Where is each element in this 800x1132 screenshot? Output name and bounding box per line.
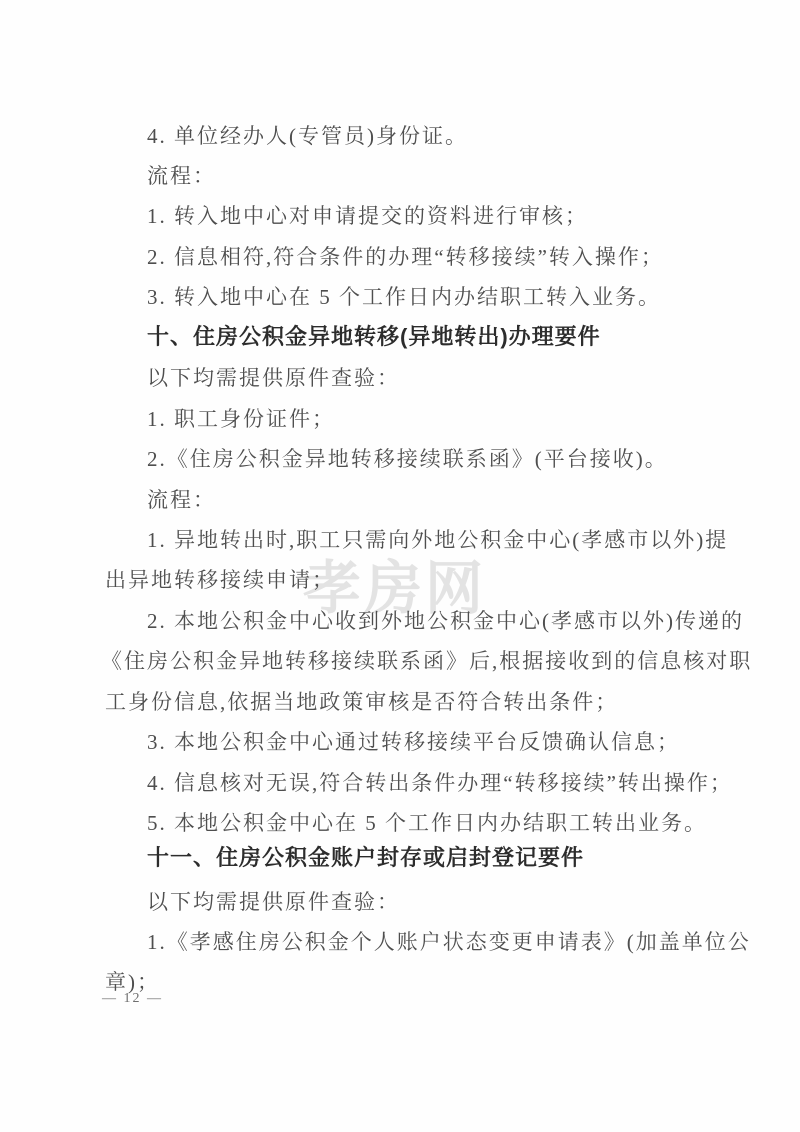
text-line: 2. 信息相符,符合条件的办理“转移接续”转入操作； <box>147 245 664 269</box>
text-line: 以下均需提供原件查验： <box>147 890 400 914</box>
section-heading: 十一、住房公积金账户封存或启封登记要件 <box>147 846 584 870</box>
text-line: 流程： <box>147 164 216 188</box>
text-line: 流程： <box>147 488 216 512</box>
text-line: 4. 单位经办人(专管员)身份证。 <box>147 124 468 148</box>
section-heading: 十、住房公积金异地转移(异地转出)办理要件 <box>147 325 601 349</box>
text-line: 3. 转入地中心在 5 个工作日内办结职工转入业务。 <box>147 285 661 309</box>
text-line: 3. 本地公积金中心通过转移接续平台反馈确认信息； <box>147 730 680 754</box>
text-line: 4. 信息核对无误,符合转出条件办理“转移接续”转出操作； <box>147 771 733 795</box>
text-line: 1. 异地转出时,职工只需向外地公积金中心(孝感市以外)提 <box>147 528 728 552</box>
text-line: 1. 转入地中心对申请提交的资料进行审核； <box>147 204 588 228</box>
text-line: 《住房公积金异地转移接续联系函》后,根据接收到的信息核对职 <box>101 649 752 673</box>
text-line: 2.《住房公积金异地转移接续联系函》(平台接收)。 <box>147 447 668 471</box>
text-line: 工身份信息,依据当地政策审核是否符合转出条件； <box>105 690 618 714</box>
text-line: 2. 本地公积金中心收到外地公积金中心(孝感市以外)传递的 <box>147 609 744 633</box>
text-line: 5. 本地公积金中心在 5 个工作日内办结职工转出业务。 <box>147 811 707 835</box>
text-line: 出异地转移接续申请； <box>105 568 335 592</box>
text-line: 以下均需提供原件查验： <box>147 366 400 390</box>
document-page: 孝房网 4. 单位经办人(专管员)身份证。 流程： 1. 转入地中心对申请提交的… <box>0 0 800 1132</box>
page-number: — 12 — <box>102 991 163 1007</box>
text-line: 1.《孝感住房公积金个人账户状态变更申请表》(加盖单位公 <box>147 930 751 954</box>
text-line: 1. 职工身份证件； <box>147 407 335 431</box>
